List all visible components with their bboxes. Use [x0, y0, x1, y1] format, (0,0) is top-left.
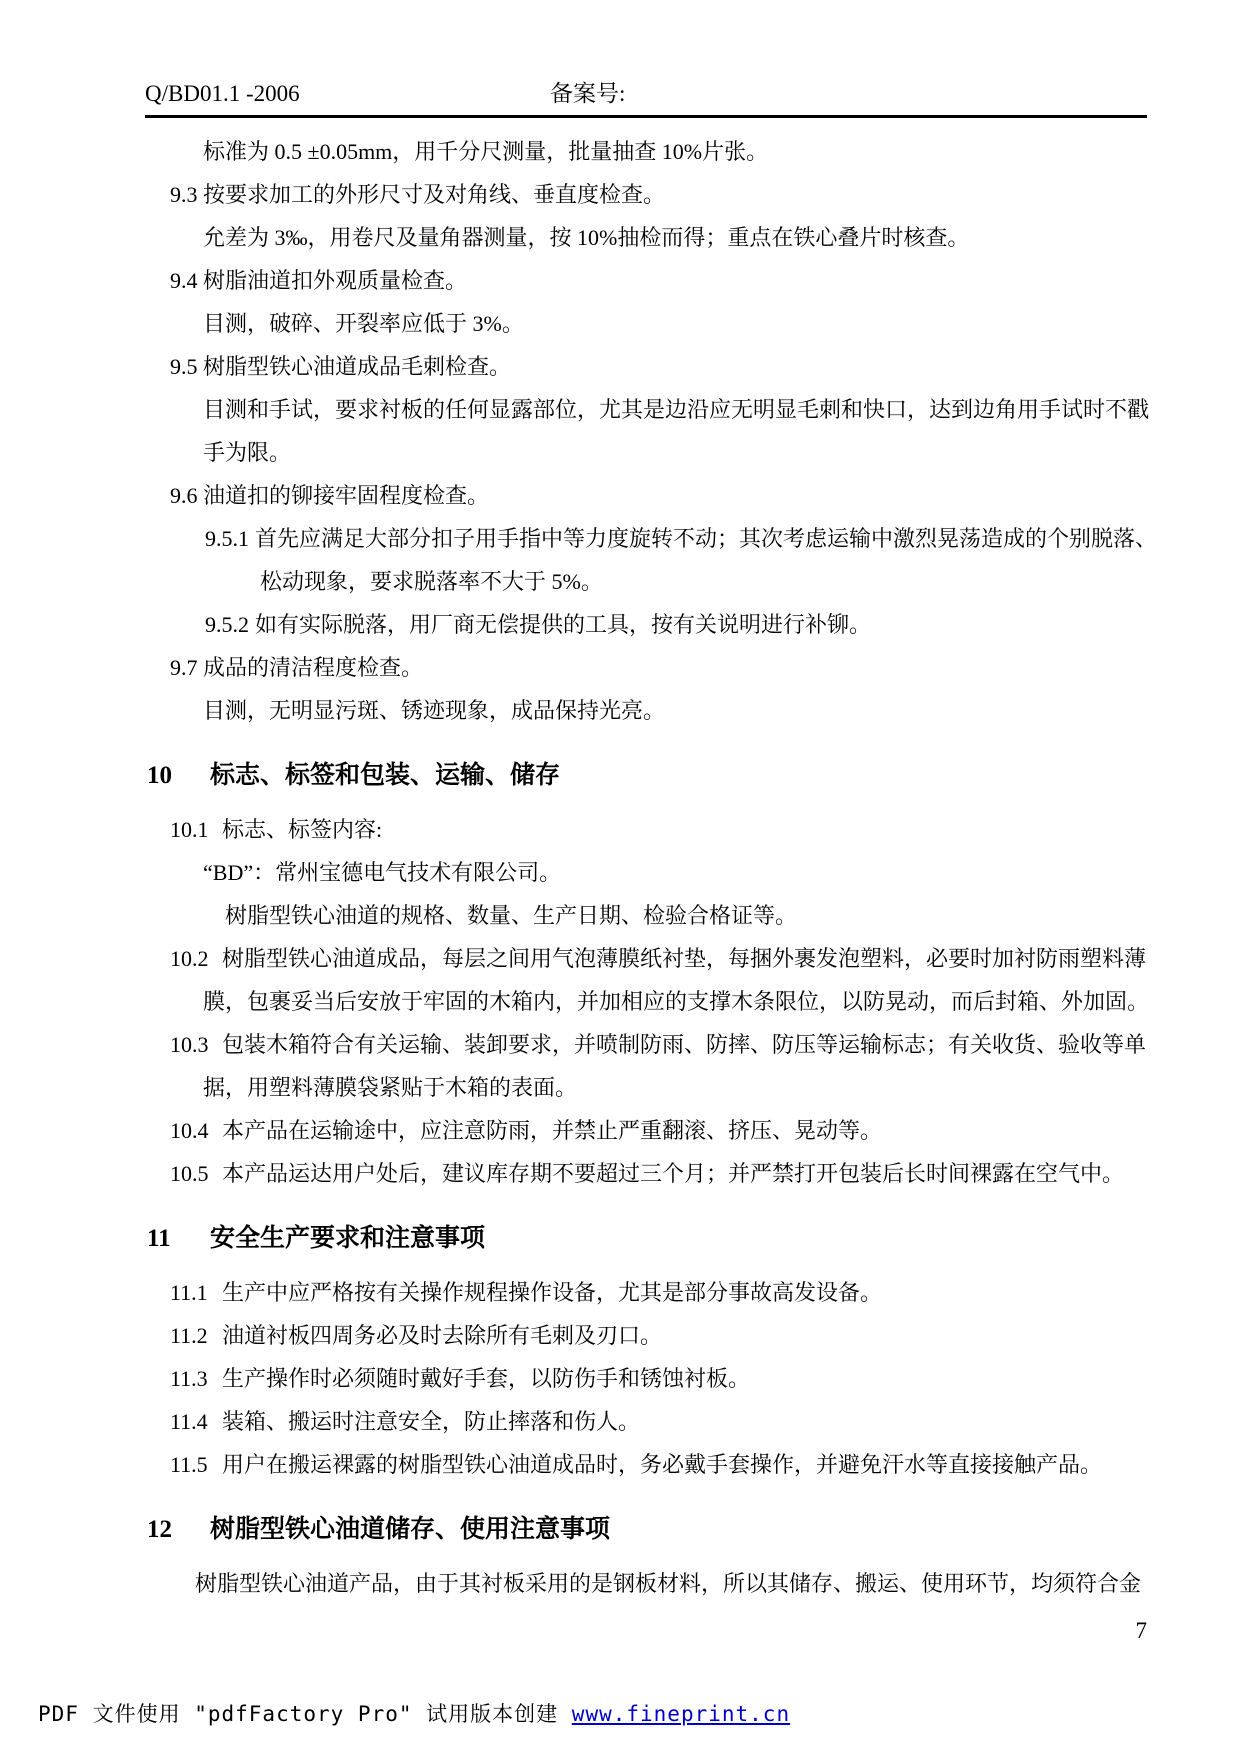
line-text: 装箱、搬运时注意安全，防止摔落和伤人。: [222, 1400, 640, 1443]
doc-line: 9.6油道扣的铆接牢固程度检查。: [147, 474, 1240, 517]
doc-line: 膜，包裹妥当后安放于牢固的木箱内，并加相应的支撑木条限位，以防晃动，而后封箱、外…: [147, 980, 1240, 1023]
clause-number: 11.1: [170, 1271, 222, 1314]
line-text: 树脂油道扣外观质量检查。: [203, 259, 467, 302]
line-text: 如有实际脱落，用厂商无偿提供的工具，按有关说明进行补铆。: [255, 603, 871, 646]
doc-line: 11.5用户在搬运裸露的树脂型铁心油道成品时，务必戴手套操作，并避免汗水等直接接…: [147, 1443, 1240, 1486]
line-text: 生产中应严格按有关操作规程操作设备，尤其是部分事故高发设备。: [222, 1271, 882, 1314]
line-text: 按要求加工的外形尺寸及对角线、垂直度检查。: [203, 173, 665, 216]
doc-line: 10.5本产品运达用户处后，建议库存期不要超过三个月；并严禁打开包装后长时间裸露…: [147, 1152, 1240, 1195]
line-text: 首先应满足大部分扣子用手指中等力度旋转不动；其次考虑运输中激烈晃荡造成的个别脱落…: [255, 517, 1157, 560]
line-text: “BD”：常州宝德电气技术有限公司。: [203, 851, 561, 894]
clause-number: 12: [147, 1506, 210, 1554]
doc-line: 11.1生产中应严格按有关操作规程操作设备，尤其是部分事故高发设备。: [147, 1271, 1240, 1314]
line-text: 松动现象，要求脱落率不大于 5%。: [260, 560, 603, 603]
doc-line: 标准为 0.5 ±0.05mm，用千分尺测量，批量抽查 10%片张。: [147, 130, 1240, 173]
doc-line: 树脂型铁心油道产品，由于其衬板采用的是钢板材料，所以其储存、搬运、使用环节，均须…: [147, 1562, 1240, 1605]
clause-number: 11.3: [170, 1357, 222, 1400]
doc-line: 9.7成品的清洁程度检查。: [147, 646, 1240, 689]
line-text: 手为限。: [203, 431, 291, 474]
clause-number: 9.7: [170, 646, 203, 689]
clause-number: 10.2: [170, 937, 222, 980]
clause-number: 10: [147, 752, 210, 800]
clause-number: 11.2: [170, 1314, 222, 1357]
line-text: 本产品运达用户处后，建议库存期不要超过三个月；并严禁打开包装后长时间裸露在空气中…: [222, 1152, 1124, 1195]
section-title: 树脂型铁心油道储存、使用注意事项: [210, 1506, 610, 1554]
doc-line: 9.5树脂型铁心油道成品毛刺检查。: [147, 345, 1240, 388]
line-text: 据，用塑料薄膜袋紧贴于木箱的表面。: [203, 1066, 577, 1109]
doc-line: 手为限。: [147, 431, 1240, 474]
doc-line: 11.4装箱、搬运时注意安全，防止摔落和伤人。: [147, 1400, 1240, 1443]
line-text: 目测和手试，要求衬板的任何显露部位，尤其是边沿应无明显毛刺和快口，达到边角用手试…: [203, 388, 1149, 431]
line-text: 树脂型铁心油道产品，由于其衬板采用的是钢板材料，所以其储存、搬运、使用环节，均须…: [195, 1562, 1141, 1605]
line-text: 膜，包裹妥当后安放于牢固的木箱内，并加相应的支撑木条限位，以防晃动，而后封箱、外…: [203, 980, 1149, 1023]
clause-number: 11.5: [170, 1443, 222, 1486]
doc-line: 10.1标志、标签内容:: [147, 808, 1240, 851]
doc-line: 目测和手试，要求衬板的任何显露部位，尤其是边沿应无明显毛刺和快口，达到边角用手试…: [147, 388, 1240, 431]
line-text: 目测，无明显污斑、锈迹现象，成品保持光亮。: [203, 689, 665, 732]
doc-line: 9.3按要求加工的外形尺寸及对角线、垂直度检查。: [147, 173, 1240, 216]
clause-number: 10.1: [170, 808, 222, 851]
doc-line: 树脂型铁心油道的规格、数量、生产日期、检验合格证等。: [147, 894, 1240, 937]
section-heading: 10标志、标签和包装、运输、储存: [147, 752, 1240, 800]
clause-number: 10.4: [170, 1109, 222, 1152]
doc-line: 10.4本产品在运输途中，应注意防雨，并禁止严重翻滚、挤压、晃动等。: [147, 1109, 1240, 1152]
line-text: 允差为 3‰，用卷尺及量角器测量，按 10%抽检而得；重点在铁心叠片时核查。: [203, 216, 969, 259]
line-text: 用户在搬运裸露的树脂型铁心油道成品时，务必戴手套操作，并避免汗水等直接接触产品。: [222, 1443, 1102, 1486]
clause-number: 9.5.1: [205, 517, 255, 560]
document-code: Q/BD01.1 -2006: [145, 80, 300, 108]
document-body: 标准为 0.5 ±0.05mm，用千分尺测量，批量抽查 10%片张。9.3按要求…: [147, 130, 1240, 1605]
line-text: 树脂型铁心油道成品毛刺检查。: [203, 345, 511, 388]
filing-number-label: 备案号:: [550, 80, 625, 108]
section-heading: 11安全生产要求和注意事项: [147, 1215, 1240, 1263]
line-text: 树脂型铁心油道的规格、数量、生产日期、检验合格证等。: [225, 894, 797, 937]
doc-line: 9.4树脂油道扣外观质量检查。: [147, 259, 1240, 302]
line-text: 成品的清洁程度检查。: [203, 646, 423, 689]
watermark-text: PDF 文件使用 "pdfFactory Pro" 试用版本创建: [38, 1702, 572, 1726]
page-number: 7: [1136, 1618, 1148, 1644]
doc-line: 据，用塑料薄膜袋紧贴于木箱的表面。: [147, 1066, 1240, 1109]
doc-line: 10.2树脂型铁心油道成品，每层之间用气泡薄膜纸衬垫，每捆外裹发泡塑料，必要时加…: [147, 937, 1240, 980]
doc-line: 目测，破碎、开裂率应低于 3%。: [147, 302, 1240, 345]
doc-line: 9.5.2如有实际脱落，用厂商无偿提供的工具，按有关说明进行补铆。: [147, 603, 1240, 646]
clause-number: 11: [147, 1215, 210, 1263]
clause-number: 10.5: [170, 1152, 222, 1195]
line-text: 树脂型铁心油道成品，每层之间用气泡薄膜纸衬垫，每捆外裹发泡塑料，必要时加衬防雨塑…: [222, 937, 1146, 980]
clause-number: 11.4: [170, 1400, 222, 1443]
line-text: 目测，破碎、开裂率应低于 3%。: [203, 302, 524, 345]
clause-number: 9.5: [170, 345, 203, 388]
section-heading: 12树脂型铁心油道储存、使用注意事项: [147, 1506, 1240, 1554]
section-title: 安全生产要求和注意事项: [210, 1215, 485, 1263]
clause-number: 9.6: [170, 474, 203, 517]
pdf-watermark-footer: PDF 文件使用 "pdfFactory Pro" 试用版本创建 www.fin…: [38, 1698, 790, 1728]
doc-line: 10.3包装木箱符合有关运输、装卸要求，并喷制防雨、防摔、防压等运输标志；有关收…: [147, 1023, 1240, 1066]
clause-number: 9.4: [170, 259, 203, 302]
section-title: 标志、标签和包装、运输、储存: [210, 752, 560, 800]
doc-line: 11.2油道衬板四周务必及时去除所有毛刺及刃口。: [147, 1314, 1240, 1357]
doc-line: “BD”：常州宝德电气技术有限公司。: [147, 851, 1240, 894]
doc-line: 9.5.1首先应满足大部分扣子用手指中等力度旋转不动；其次考虑运输中激烈晃荡造成…: [147, 517, 1240, 560]
line-text: 本产品在运输途中，应注意防雨，并禁止严重翻滚、挤压、晃动等。: [222, 1109, 882, 1152]
doc-line: 11.3生产操作时必须随时戴好手套，以防伤手和锈蚀衬板。: [147, 1357, 1240, 1400]
line-text: 油道衬板四周务必及时去除所有毛刺及刃口。: [222, 1314, 662, 1357]
doc-line: 松动现象，要求脱落率不大于 5%。: [147, 560, 1240, 603]
line-text: 油道扣的铆接牢固程度检查。: [203, 474, 489, 517]
fineprint-link[interactable]: www.fineprint.cn: [572, 1702, 790, 1726]
doc-line: 目测，无明显污斑、锈迹现象，成品保持光亮。: [147, 689, 1240, 732]
line-text: 标志、标签内容:: [222, 808, 382, 851]
clause-number: 10.3: [170, 1023, 222, 1066]
line-text: 包装木箱符合有关运输、装卸要求，并喷制防雨、防摔、防压等运输标志；有关收货、验收…: [222, 1023, 1146, 1066]
clause-number: 9.5.2: [205, 603, 255, 646]
line-text: 生产操作时必须随时戴好手套，以防伤手和锈蚀衬板。: [222, 1357, 750, 1400]
clause-number: 9.3: [170, 173, 203, 216]
line-text: 标准为 0.5 ±0.05mm，用千分尺测量，批量抽查 10%片张。: [203, 130, 768, 173]
doc-line: 允差为 3‰，用卷尺及量角器测量，按 10%抽检而得；重点在铁心叠片时核查。: [147, 216, 1240, 259]
page-header: Q/BD01.1 -2006 备案号:: [145, 80, 1147, 118]
